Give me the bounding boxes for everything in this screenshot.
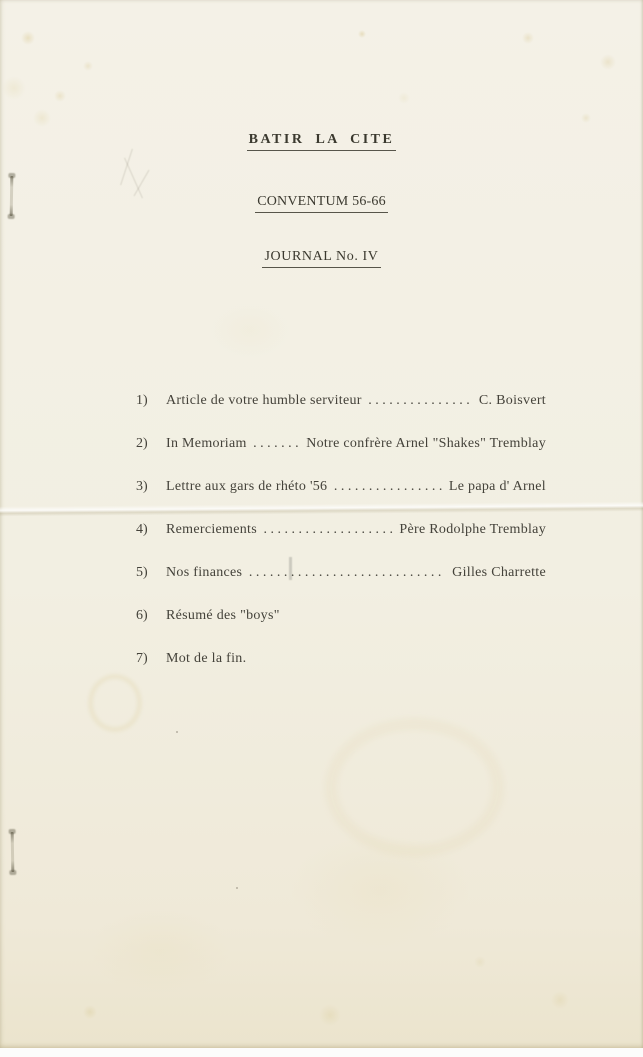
toc-item-number: 6) — [136, 607, 166, 624]
doc-issue-title: JOURNAL No. IV — [0, 250, 643, 264]
toc-item-author: C. Boisvert — [476, 392, 546, 409]
toc-item: 6)Résumé des "boys" — [136, 607, 546, 624]
toc-item-label: Remerciements — [166, 521, 257, 538]
toc-item-number: 1) — [136, 392, 166, 409]
ring-stain-small — [88, 674, 142, 732]
toc-item-label: In Memoriam — [166, 435, 247, 452]
toc-item: 4)Remerciements . . . . . . . . . . . . … — [136, 521, 546, 538]
toc-item-label: Mot de la fin. — [166, 650, 246, 667]
dirt-speck — [236, 887, 238, 889]
scanned-page: BATIR LA CITE CONVENTUM 56-66 JOURNAL No… — [0, 0, 643, 1057]
scanner-background-strip — [0, 1048, 643, 1057]
doc-issue-text: JOURNAL No. IV — [262, 249, 380, 268]
table-of-contents: 1)Article de votre humble serviteur . . … — [136, 392, 546, 693]
toc-item-author: Gilles Charrette — [449, 564, 546, 581]
doc-title-text: BATIR LA CITE — [247, 132, 397, 151]
doc-title: BATIR LA CITE — [0, 133, 643, 147]
toc-item-leader: . . . . . . . . . . . . . . . — [362, 392, 476, 409]
toc-item-leader: . . . . . . . — [247, 435, 304, 452]
toc-item-label: Lettre aux gars de rhéto '56 — [166, 478, 327, 495]
dirt-speck — [176, 731, 178, 733]
toc-item-author: Père Rodolphe Tremblay — [396, 521, 546, 538]
toc-item-number: 7) — [136, 650, 166, 667]
toc-item-label: Résumé des "boys" — [166, 607, 280, 624]
toc-item-label: Nos finances — [166, 564, 242, 581]
toc-item: 1)Article de votre humble serviteur . . … — [136, 392, 546, 409]
toc-item-author: Notre confrère Arnel "Shakes" Tremblay — [303, 435, 546, 452]
staple-mark-bottom — [11, 832, 15, 872]
doc-subtitle: CONVENTUM 56-66 — [0, 195, 643, 209]
toc-item-number: 2) — [136, 435, 166, 452]
pencil-scratch — [120, 149, 133, 185]
toc-item-author: Le papa d' Arnel — [446, 478, 546, 495]
paper-sheet: BATIR LA CITE CONVENTUM 56-66 JOURNAL No… — [0, 0, 643, 1048]
toc-item-leader: . . . . . . . . . . . . . . . . — [327, 478, 446, 495]
toc-item-leader: . . . . . . . . . . . . . . . . . . . . … — [242, 564, 449, 581]
toc-item-leader: . . . . . . . . . . . . . . . . . . . . — [257, 521, 396, 538]
ring-stain-large — [325, 718, 504, 857]
doc-subtitle-text: CONVENTUM 56-66 — [255, 194, 388, 213]
toc-item: 3)Lettre aux gars de rhéto '56 . . . . .… — [136, 478, 546, 495]
toc-item-number: 4) — [136, 521, 166, 538]
toc-item: 2)In Memoriam . . . . . . .Notre confrèr… — [136, 435, 546, 452]
toc-item-number: 3) — [136, 478, 166, 495]
toc-item-label: Article de votre humble serviteur — [166, 392, 362, 409]
toc-item: 7)Mot de la fin. — [136, 650, 546, 667]
pencil-scratch — [124, 158, 143, 199]
toc-item-number: 5) — [136, 564, 166, 581]
toc-item: 5)Nos finances . . . . . . . . . . . . .… — [136, 564, 546, 581]
